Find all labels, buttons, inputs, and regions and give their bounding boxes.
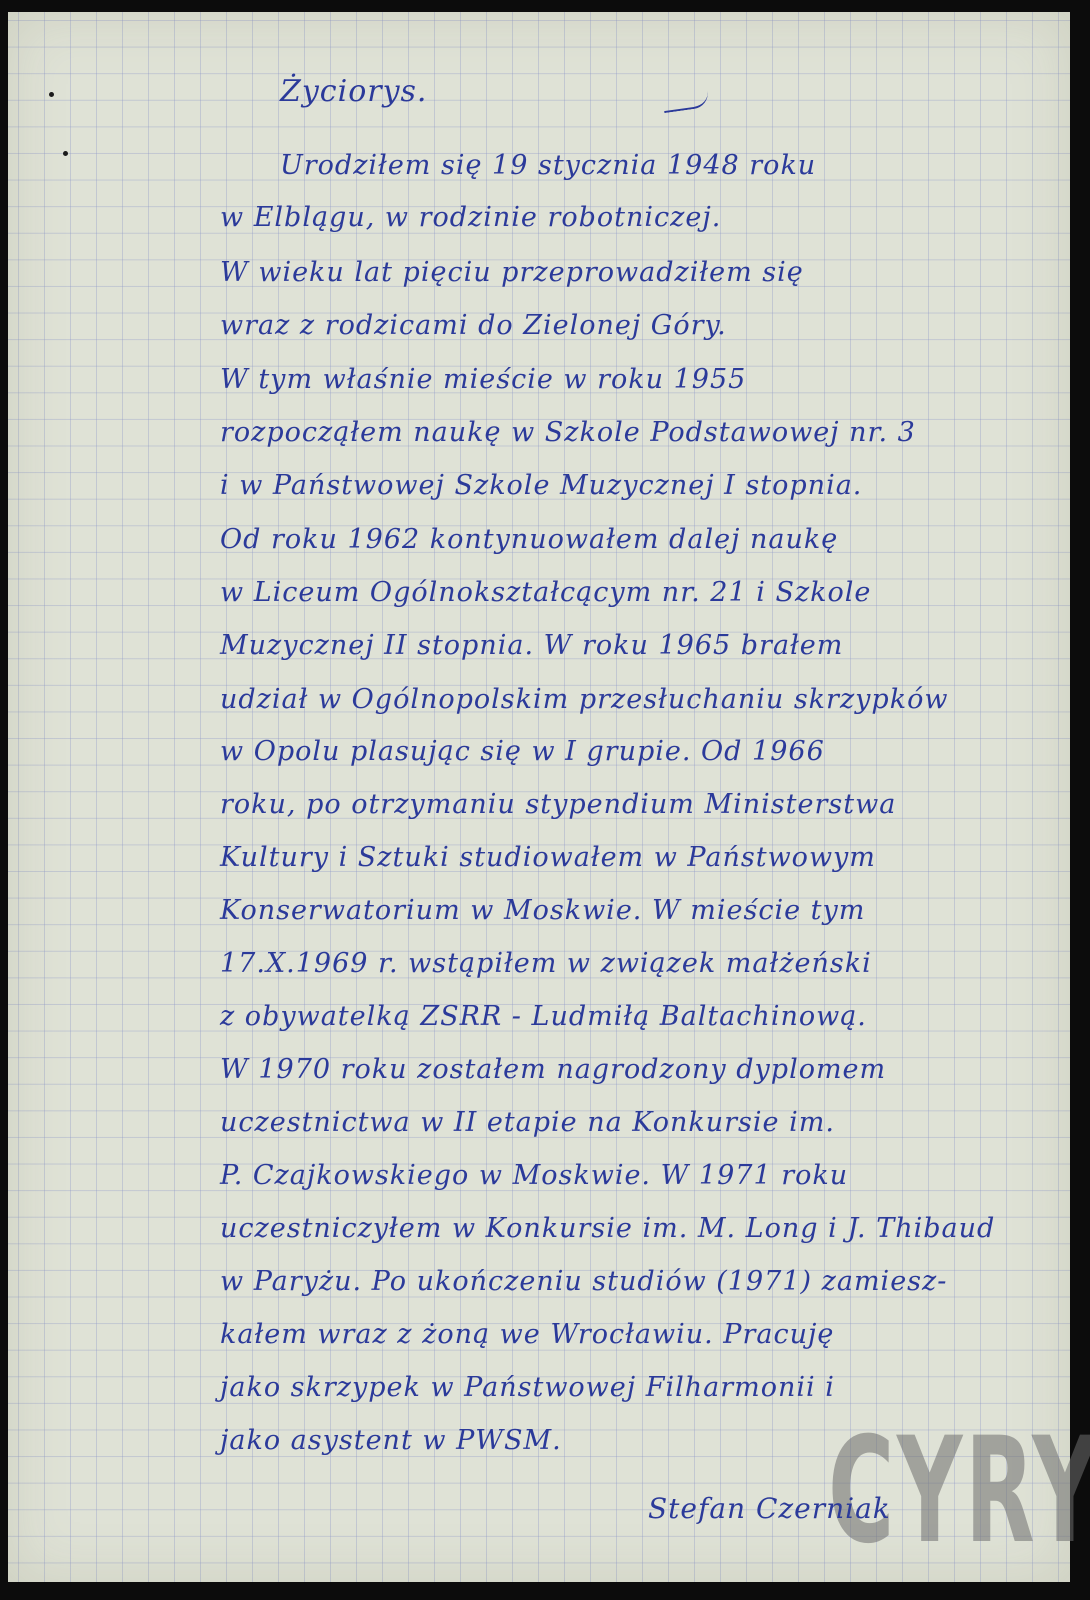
text-line: W tym właśnie mieście w roku 1955 [220,364,746,395]
text-line: P. Czajkowskiego w Moskwie. W 1971 roku [220,1160,848,1191]
punch-hole-mark [63,151,68,156]
document-title: Życiorys. [280,74,427,109]
text-line: kałem wraz z żoną we Wrocławiu. Pracuję [220,1319,834,1350]
text-line: rozpocząłem naukę w Szkole Podstawowej n… [220,417,916,448]
text-line: w Elblągu, w rodzinie robotniczej. [220,202,721,233]
text-line: Konserwatorium w Moskwie. W mieście tym [220,895,865,926]
text-line: i w Państwowej Szkole Muzycznej I stopni… [220,470,862,501]
text-line: uczestniczyłem w Konkursie im. M. Long i… [220,1213,995,1244]
signature: Stefan Czerniak [648,1492,891,1525]
text-line: jako asystent w PWSM. [220,1425,562,1456]
text-line: uczestnictwa w II etapie na Konkursie im… [220,1107,835,1138]
text-line: Urodziłem się 19 stycznia 1948 roku [280,150,816,181]
text-line: jako skrzypek w Państwowej Filharmonii i [220,1372,835,1403]
cyryl-watermark-logo: CYRYL [828,1418,1090,1564]
text-line: z obywatelką ZSRR - Ludmiłą Baltachinową… [220,1001,867,1032]
text-line: Kultury i Sztuki studiowałem w Państwowy… [220,842,876,873]
punch-hole-mark [49,92,54,97]
text-line: w Paryżu. Po ukończeniu studiów (1971) z… [220,1266,947,1297]
text-line: roku, po otrzymaniu stypendium Ministers… [220,789,896,820]
text-line: wraz z rodzicami do Zielonej Góry. [220,310,727,341]
checkmark-icon [662,91,710,113]
text-line: 17.X.1969 r. wstąpiłem w związek małżeńs… [220,948,872,979]
text-line: w Liceum Ogólnokształcącym nr. 21 i Szko… [220,577,871,608]
text-line: udział w Ogólnopolskim przesłuchaniu skr… [220,684,948,715]
text-line: Muzycznej II stopnia. W roku 1965 brałem [220,630,843,661]
text-line: W 1970 roku zostałem nagrodzony dyplomem [220,1054,886,1085]
grid-paper-sheet: Życiorys. Urodziłem się 19 stycznia 1948… [8,12,1070,1582]
text-line: W wieku lat pięciu przeprowadziłem się [220,257,804,288]
text-line: Od roku 1962 kontynuowałem dalej naukę [220,524,838,555]
text-line: w Opolu plasując się w I grupie. Od 1966 [220,736,825,767]
